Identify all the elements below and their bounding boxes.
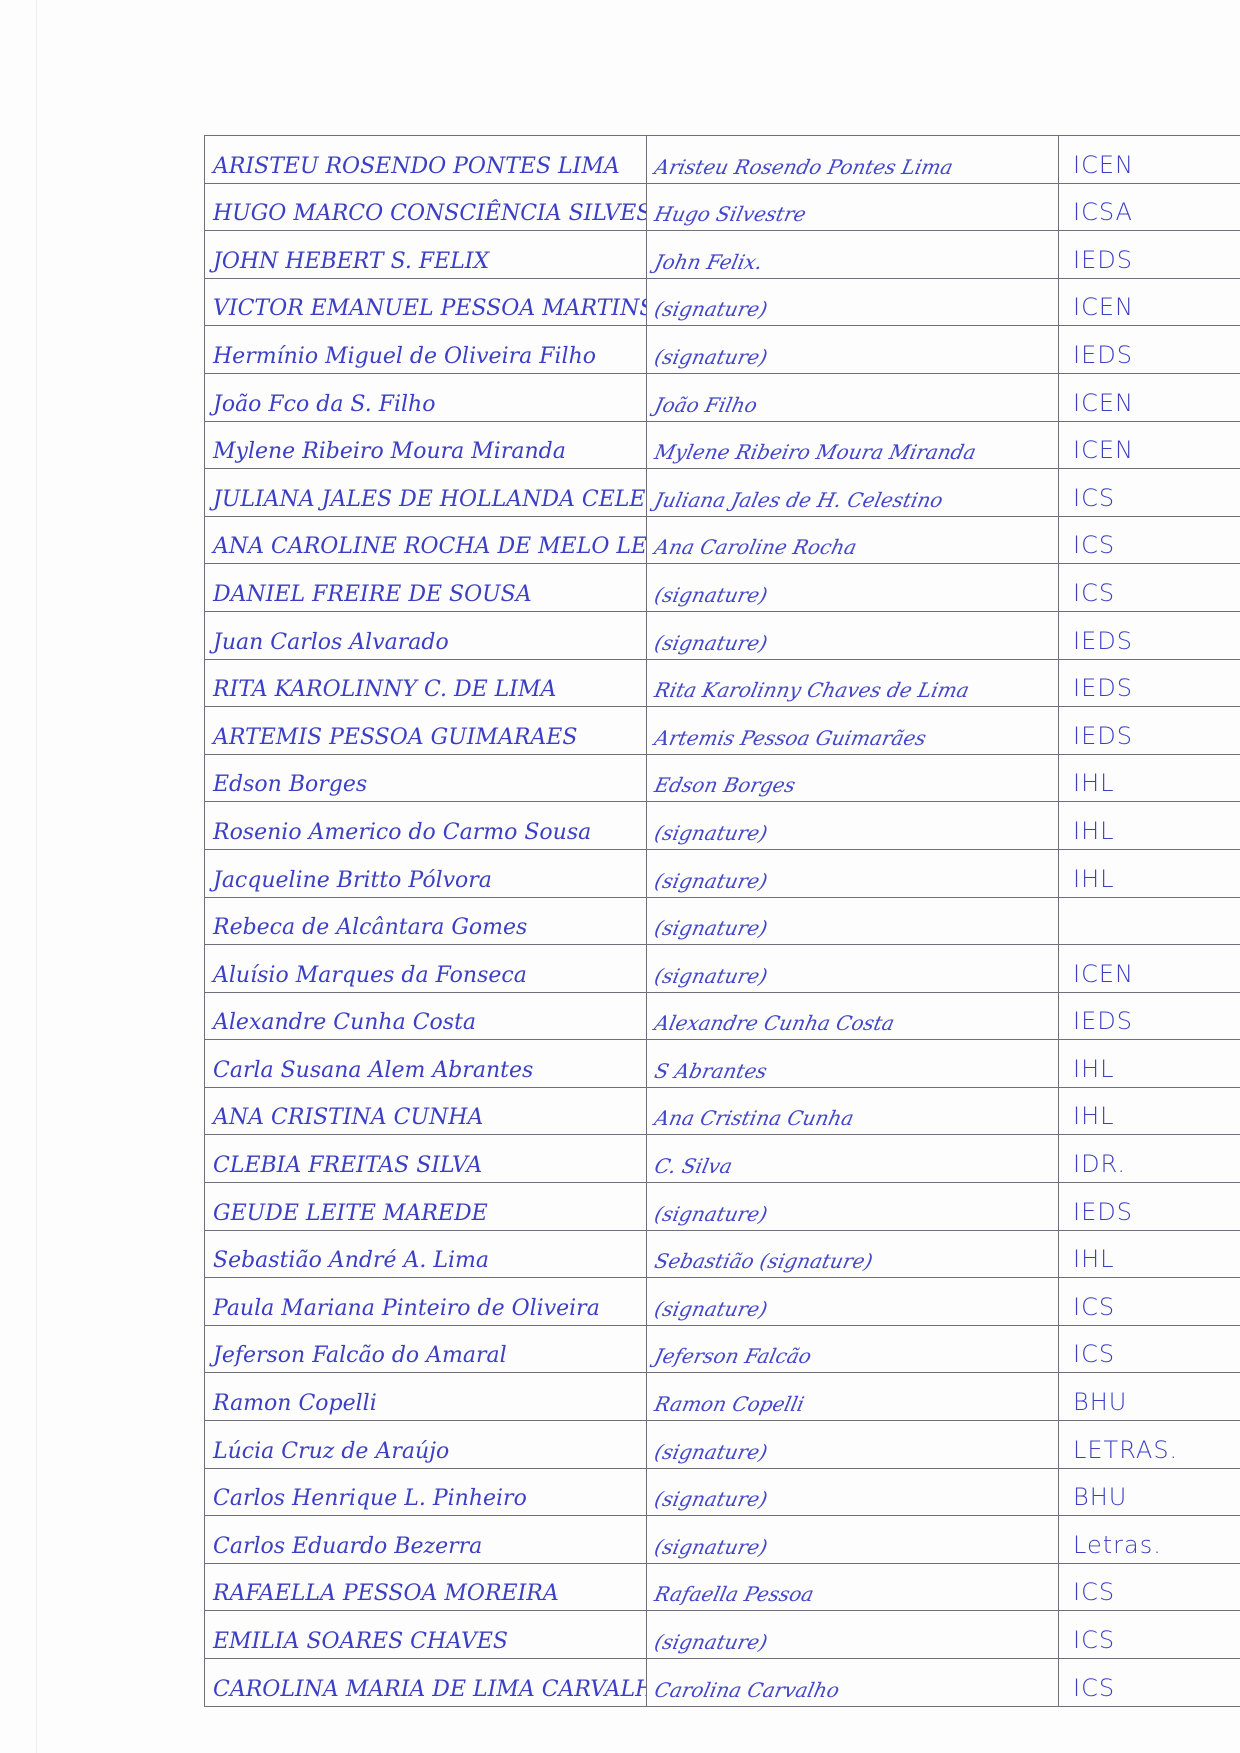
table-row: Aluísio Marques da Fonseca(signature)ICE… xyxy=(205,945,1240,993)
attendee-institute: IEDS xyxy=(1059,707,1240,755)
attendee-signature: Ana Caroline Rocha xyxy=(647,516,1059,564)
attendee-signature: (signature) xyxy=(647,802,1059,850)
attendee-signature: (signature) xyxy=(647,1516,1059,1564)
attendee-institute: ICS xyxy=(1059,469,1240,517)
attendee-name: CLEBIA FREITAS SILVA xyxy=(205,1135,647,1183)
attendee-institute: IHL xyxy=(1059,1230,1240,1278)
attendee-name: Juan Carlos Alvarado xyxy=(205,611,647,659)
attendee-institute: IDR. xyxy=(1059,1135,1240,1183)
attendee-signature: Sebastião (signature) xyxy=(647,1230,1059,1278)
signature-text: (signature) xyxy=(652,1487,769,1511)
attendee-signature: (signature) xyxy=(647,326,1059,374)
attendee-name: ARTEMIS PESSOA GUIMARAES xyxy=(205,707,647,755)
attendee-name: EMILIA SOARES CHAVES xyxy=(205,1611,647,1659)
attendee-signature: Jeferson Falcão xyxy=(647,1325,1059,1373)
attendee-name: Mylene Ribeiro Moura Miranda xyxy=(205,421,647,469)
attendee-name: JOHN HEBERT S. FELIX xyxy=(205,231,647,279)
attendee-name: ANA CAROLINE ROCHA DE MELO LEITE xyxy=(205,516,647,564)
attendee-name: Carlos Henrique L. Pinheiro xyxy=(205,1468,647,1516)
attendee-institute: ICEN xyxy=(1059,278,1240,326)
attendee-signature: João Filho xyxy=(647,373,1059,421)
attendee-signature: Mylene Ribeiro Moura Miranda xyxy=(647,421,1059,469)
signature-text: Carolina Carvalho xyxy=(652,1678,841,1702)
attendee-institute: ICS xyxy=(1059,1659,1240,1707)
signature-text: (signature) xyxy=(652,1440,769,1464)
attendee-signature: (signature) xyxy=(647,1183,1059,1231)
scan-edge-line xyxy=(36,0,37,1753)
signature-text: Edson Borges xyxy=(652,773,797,797)
table-row: DANIEL FREIRE DE SOUSA(signature)ICS xyxy=(205,564,1240,612)
table-row: ARTEMIS PESSOA GUIMARAESArtemis Pessoa G… xyxy=(205,707,1240,755)
attendee-signature: Ana Cristina Cunha xyxy=(647,1087,1059,1135)
table-row: RITA KAROLINNY C. DE LIMARita Karolinny … xyxy=(205,659,1240,707)
table-row: ANA CRISTINA CUNHAAna Cristina CunhaIHL xyxy=(205,1087,1240,1135)
attendee-name: Alexandre Cunha Costa xyxy=(205,992,647,1040)
attendee-signature: Rafaella Pessoa xyxy=(647,1563,1059,1611)
attendee-institute: IEDS xyxy=(1059,326,1240,374)
attendee-institute: IHL xyxy=(1059,754,1240,802)
table-row: Carlos Eduardo Bezerra(signature)Letras. xyxy=(205,1516,1240,1564)
table-row: EMILIA SOARES CHAVES(signature)ICS xyxy=(205,1611,1240,1659)
attendee-institute: ICSA xyxy=(1059,183,1240,231)
table-row: Jeferson Falcão do AmaralJeferson Falcão… xyxy=(205,1325,1240,1373)
attendee-name: JULIANA JALES DE HOLLANDA CELESTINO xyxy=(205,469,647,517)
signature-text: C. Silva xyxy=(652,1154,734,1178)
attendee-name: Jacqueline Britto Pólvora xyxy=(205,849,647,897)
attendee-name: CAROLINA MARIA DE LIMA CARVALHO xyxy=(205,1659,647,1707)
signature-text: Ana Caroline Rocha xyxy=(652,535,859,559)
attendee-signature: Carolina Carvalho xyxy=(647,1659,1059,1707)
signature-text: (signature) xyxy=(652,964,769,988)
signature-text: (signature) xyxy=(652,631,769,655)
attendee-signature: (signature) xyxy=(647,897,1059,945)
attendee-name: HUGO MARCO CONSCIÊNCIA SILVESTRE xyxy=(205,183,647,231)
attendee-institute: IHL xyxy=(1059,849,1240,897)
attendee-institute: ICEN xyxy=(1059,373,1240,421)
signature-text: Rita Karolinny Chaves de Lima xyxy=(652,678,971,702)
attendee-institute: ICS xyxy=(1059,564,1240,612)
signature-text: Alexandre Cunha Costa xyxy=(652,1011,896,1035)
attendee-name: ARISTEU ROSENDO PONTES LIMA xyxy=(205,136,647,184)
signature-text: Juliana Jales de H. Celestino xyxy=(652,488,945,512)
signature-text: Artemis Pessoa Guimarães xyxy=(652,726,928,750)
attendee-name: RAFAELLA PESSOA MOREIRA xyxy=(205,1563,647,1611)
signature-text: Mylene Ribeiro Moura Miranda xyxy=(652,440,978,464)
table-row: Hermínio Miguel de Oliveira Filho(signat… xyxy=(205,326,1240,374)
signature-text: Jeferson Falcão xyxy=(652,1344,813,1368)
attendee-institute: ICEN xyxy=(1059,421,1240,469)
attendee-signature: (signature) xyxy=(647,849,1059,897)
attendee-name: Sebastião André A. Lima xyxy=(205,1230,647,1278)
attendee-name: Rebeca de Alcântara Gomes xyxy=(205,897,647,945)
attendee-signature: (signature) xyxy=(647,1278,1059,1326)
attendee-institute: BHU xyxy=(1059,1468,1240,1516)
attendee-signature: (signature) xyxy=(647,564,1059,612)
table-row: Alexandre Cunha CostaAlexandre Cunha Cos… xyxy=(205,992,1240,1040)
table-row: CAROLINA MARIA DE LIMA CARVALHOCarolina … xyxy=(205,1659,1240,1707)
attendee-name: RITA KAROLINNY C. DE LIMA xyxy=(205,659,647,707)
signature-text: (signature) xyxy=(652,916,769,940)
signature-text: John Felix. xyxy=(652,250,764,274)
signature-text: Aristeu Rosendo Pontes Lima xyxy=(652,155,955,179)
signature-text: (signature) xyxy=(652,297,769,321)
attendee-institute: IHL xyxy=(1059,1087,1240,1135)
attendee-signature: Aristeu Rosendo Pontes Lima xyxy=(647,136,1059,184)
attendee-institute: IHL xyxy=(1059,1040,1240,1088)
attendee-institute: ICS xyxy=(1059,516,1240,564)
attendee-institute: IEDS xyxy=(1059,611,1240,659)
attendee-institute: IHL xyxy=(1059,802,1240,850)
attendee-name: Carla Susana Alem Abrantes xyxy=(205,1040,647,1088)
table-row: VICTOR EMANUEL PESSOA MARTINS(signature)… xyxy=(205,278,1240,326)
attendee-signature: S Abrantes xyxy=(647,1040,1059,1088)
attendee-institute xyxy=(1059,897,1240,945)
table-row: GEUDE LEITE MAREDE(signature)IEDS xyxy=(205,1183,1240,1231)
signature-table-body: ARISTEU ROSENDO PONTES LIMAAristeu Rosen… xyxy=(205,136,1240,1707)
table-row: JOHN HEBERT S. FELIXJohn Felix.IEDS xyxy=(205,231,1240,279)
signature-text: Ana Cristina Cunha xyxy=(652,1106,856,1130)
table-row: Sebastião André A. LimaSebastião (signat… xyxy=(205,1230,1240,1278)
table-row: Mylene Ribeiro Moura MirandaMylene Ribei… xyxy=(205,421,1240,469)
attendee-institute: Letras. xyxy=(1059,1516,1240,1564)
table-row: Lúcia Cruz de Araújo(signature)LETRAS. xyxy=(205,1421,1240,1469)
attendee-name: Edson Borges xyxy=(205,754,647,802)
attendee-signature: Artemis Pessoa Guimarães xyxy=(647,707,1059,755)
signature-table: ARISTEU ROSENDO PONTES LIMAAristeu Rosen… xyxy=(204,135,1240,1707)
attendee-signature: (signature) xyxy=(647,1611,1059,1659)
attendee-name: Hermínio Miguel de Oliveira Filho xyxy=(205,326,647,374)
signature-text: (signature) xyxy=(652,821,769,845)
attendee-signature: (signature) xyxy=(647,611,1059,659)
attendee-signature: (signature) xyxy=(647,278,1059,326)
attendee-signature: (signature) xyxy=(647,945,1059,993)
attendee-signature: Rita Karolinny Chaves de Lima xyxy=(647,659,1059,707)
signature-text: (signature) xyxy=(652,345,769,369)
attendee-name: Aluísio Marques da Fonseca xyxy=(205,945,647,993)
attendee-institute: LETRAS. xyxy=(1059,1421,1240,1469)
attendee-name: Rosenio Americo do Carmo Sousa xyxy=(205,802,647,850)
attendee-name: Lúcia Cruz de Araújo xyxy=(205,1421,647,1469)
signature-text: (signature) xyxy=(652,1297,769,1321)
table-row: ARISTEU ROSENDO PONTES LIMAAristeu Rosen… xyxy=(205,136,1240,184)
attendee-institute: ICS xyxy=(1059,1278,1240,1326)
signature-text: (signature) xyxy=(652,583,769,607)
signature-text: S Abrantes xyxy=(652,1059,769,1083)
signature-text: Sebastião (signature) xyxy=(652,1249,875,1273)
attendee-signature: Juliana Jales de H. Celestino xyxy=(647,469,1059,517)
attendee-name: GEUDE LEITE MAREDE xyxy=(205,1183,647,1231)
attendee-name: Jeferson Falcão do Amaral xyxy=(205,1325,647,1373)
table-row: HUGO MARCO CONSCIÊNCIA SILVESTREHugo Sil… xyxy=(205,183,1240,231)
attendee-institute: IEDS xyxy=(1059,659,1240,707)
attendee-name: Paula Mariana Pinteiro de Oliveira xyxy=(205,1278,647,1326)
attendee-institute: BHU xyxy=(1059,1373,1240,1421)
signature-text: (signature) xyxy=(652,869,769,893)
attendee-institute: ICS xyxy=(1059,1325,1240,1373)
attendee-institute: IEDS xyxy=(1059,1183,1240,1231)
signature-text: Rafaella Pessoa xyxy=(652,1582,816,1606)
attendee-name: VICTOR EMANUEL PESSOA MARTINS xyxy=(205,278,647,326)
attendee-institute: ICEN xyxy=(1059,945,1240,993)
table-row: Paula Mariana Pinteiro de Oliveira(signa… xyxy=(205,1278,1240,1326)
table-row: Juan Carlos Alvarado(signature)IEDS xyxy=(205,611,1240,659)
attendee-name: João Fco da S. Filho xyxy=(205,373,647,421)
table-row: Ramon CopelliRamon CopelliBHU xyxy=(205,1373,1240,1421)
attendee-signature: C. Silva xyxy=(647,1135,1059,1183)
attendee-name: Carlos Eduardo Bezerra xyxy=(205,1516,647,1564)
attendee-signature: (signature) xyxy=(647,1468,1059,1516)
table-row: ANA CAROLINE ROCHA DE MELO LEITEAna Caro… xyxy=(205,516,1240,564)
signature-text: (signature) xyxy=(652,1630,769,1654)
attendee-institute: IEDS xyxy=(1059,992,1240,1040)
attendee-institute: ICS xyxy=(1059,1563,1240,1611)
table-row: Carla Susana Alem AbrantesS AbrantesIHL xyxy=(205,1040,1240,1088)
table-row: Carlos Henrique L. Pinheiro(signature)BH… xyxy=(205,1468,1240,1516)
attendee-signature: Hugo Silvestre xyxy=(647,183,1059,231)
attendee-signature: Ramon Copelli xyxy=(647,1373,1059,1421)
signature-text: Hugo Silvestre xyxy=(652,202,808,226)
table-row: CLEBIA FREITAS SILVAC. SilvaIDR. xyxy=(205,1135,1240,1183)
table-row: Rebeca de Alcântara Gomes(signature) xyxy=(205,897,1240,945)
signature-text: (signature) xyxy=(652,1535,769,1559)
attendee-signature: Edson Borges xyxy=(647,754,1059,802)
table-row: RAFAELLA PESSOA MOREIRARafaella PessoaIC… xyxy=(205,1563,1240,1611)
attendee-signature: Alexandre Cunha Costa xyxy=(647,992,1059,1040)
signature-text: Ramon Copelli xyxy=(652,1392,806,1416)
attendee-institute: ICS xyxy=(1059,1611,1240,1659)
table-row: Rosenio Americo do Carmo Sousa(signature… xyxy=(205,802,1240,850)
attendee-institute: ICEN xyxy=(1059,136,1240,184)
attendee-name: Ramon Copelli xyxy=(205,1373,647,1421)
table-row: JULIANA JALES DE HOLLANDA CELESTINOJulia… xyxy=(205,469,1240,517)
table-row: Edson BorgesEdson BorgesIHL xyxy=(205,754,1240,802)
table-row: João Fco da S. FilhoJoão FilhoICEN xyxy=(205,373,1240,421)
table-row: Jacqueline Britto Pólvora(signature)IHL xyxy=(205,849,1240,897)
signature-text: (signature) xyxy=(652,1202,769,1226)
attendee-institute: IEDS xyxy=(1059,231,1240,279)
attendee-signature: (signature) xyxy=(647,1421,1059,1469)
attendee-signature: John Felix. xyxy=(647,231,1059,279)
attendee-name: DANIEL FREIRE DE SOUSA xyxy=(205,564,647,612)
attendee-name: ANA CRISTINA CUNHA xyxy=(205,1087,647,1135)
signature-text: João Filho xyxy=(652,393,759,417)
